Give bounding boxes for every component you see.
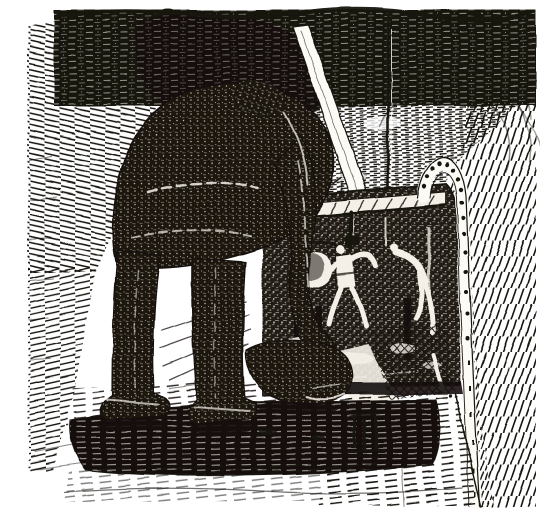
scanned-book-page <box>0 0 560 520</box>
illustration-figure <box>0 0 560 520</box>
stokehold-drawing <box>0 0 560 520</box>
